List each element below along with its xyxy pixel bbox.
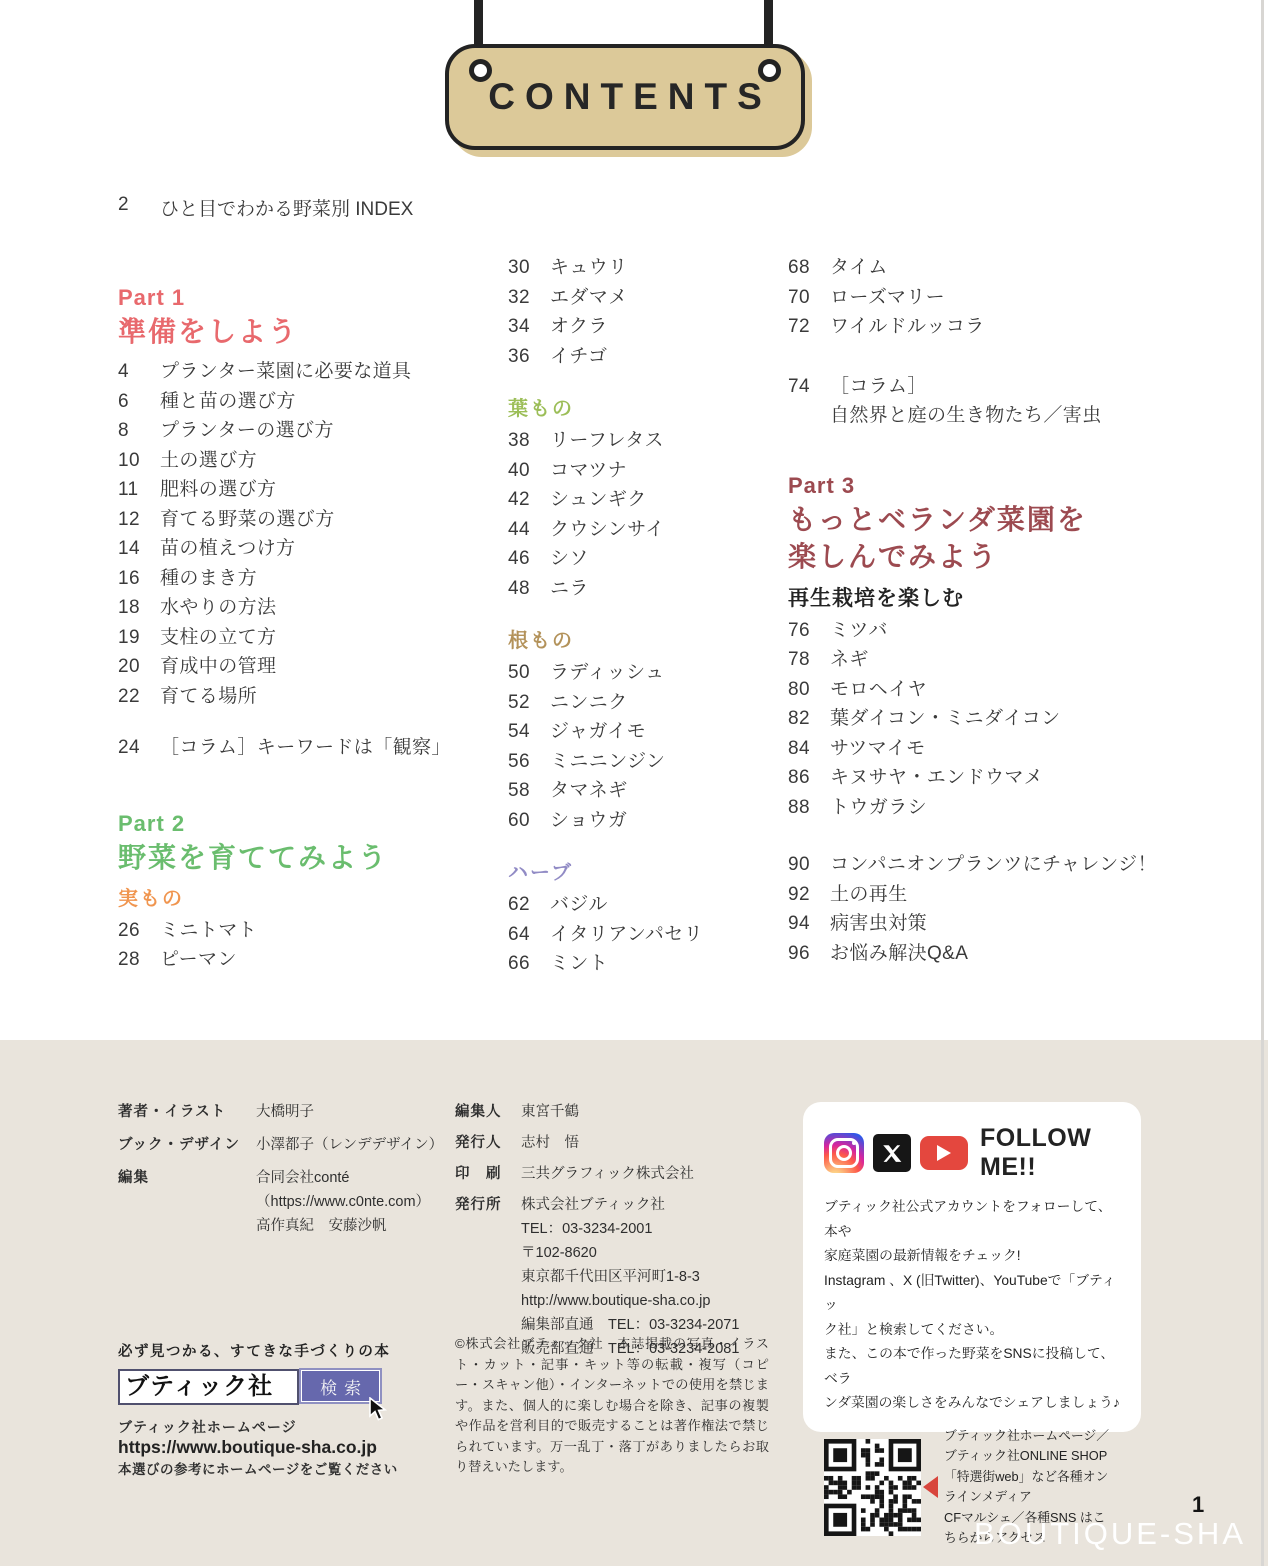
toc-entry-label: シュンギク: [550, 485, 800, 515]
toc-entry: 32エダマメ: [508, 283, 800, 313]
toc-page-number: 42: [508, 485, 550, 515]
toc-page-number: 12: [118, 505, 160, 535]
toc-entry: 68タイム: [788, 253, 1180, 283]
toc-entry: 60ショウガ: [508, 806, 800, 836]
homepage-url: https://www.boutique-sha.co.jp: [118, 1437, 398, 1458]
spacer: [788, 342, 1180, 372]
toc-entry: 19支柱の立て方: [118, 623, 492, 653]
toc-page-number: 10: [118, 446, 160, 476]
follow-card: FOLLOW ME!! ブティック社公式アカウントをフォローして、本や 家庭菜園…: [803, 1102, 1141, 1432]
colophon-row-line: 高作真紀 安藤沙帆: [256, 1214, 443, 1238]
toc-entry-label: プランター菜園に必要な道具: [160, 357, 492, 387]
colophon-row-line: 〒102-8620: [521, 1241, 739, 1265]
toc-entry: 64イタリアンパセリ: [508, 920, 800, 950]
toc-entry: 96お悩み解決Q&A: [788, 939, 1180, 969]
toc-entry: 36イチゴ: [508, 342, 800, 372]
toc-page-number: 82: [788, 704, 830, 734]
toc-entry: 40コマツナ: [508, 456, 800, 486]
colophon-row-label: ブック・デザイン: [118, 1133, 256, 1157]
toc-page-number: 6: [118, 387, 160, 417]
toc-page-number: 70: [788, 283, 830, 313]
colophon-row-line: 東京都千代田区平河町1-8-3: [521, 1265, 739, 1289]
toc-entry-label: クウシンサイ: [550, 515, 800, 545]
youtube-icon: [920, 1136, 968, 1170]
toc-entry: 54ジャガイモ: [508, 717, 800, 747]
toc-page-number: 8: [118, 416, 160, 446]
toc-entry-label: 苗の植えつけ方: [160, 534, 492, 564]
toc-page-number: 90: [788, 850, 830, 880]
toc-entry: 48ニラ: [508, 574, 800, 604]
colophon-row-line: 大橋明子: [256, 1100, 443, 1124]
page-number: 1: [1192, 1492, 1204, 1518]
toc-page-number: 50: [508, 658, 550, 688]
toc-entry-label: タイム: [830, 253, 1180, 283]
spacer: [508, 371, 800, 393]
sign-grommet-right-icon: [758, 59, 781, 82]
colophon-row-value: 東宮千鶴: [521, 1100, 739, 1124]
search-input-mock: ブティック社: [118, 1369, 299, 1405]
publisher-block: 編集人東宮千鶴発行人志村 悟印 刷三共グラフィック株式会社発行所株式会社ブティッ…: [455, 1100, 739, 1368]
toc-page-number: 86: [788, 763, 830, 793]
colophon-footer: 著者・イラスト大橋明子ブック・デザイン小澤都子（レンデデザイン）編集合同会社co…: [0, 1040, 1268, 1566]
category-label: 根もの: [508, 625, 800, 658]
toc-entry: 70ローズマリー: [788, 283, 1180, 313]
play-icon: [937, 1145, 951, 1161]
colophon-row-value: 三共グラフィック株式会社: [521, 1162, 739, 1186]
toc-page-number: 80: [788, 675, 830, 705]
colophon-row-label: 発行人: [455, 1131, 521, 1155]
toc-page-number: 48: [508, 574, 550, 604]
toc-entry-label: 支柱の立て方: [160, 623, 492, 653]
colophon-row: ブック・デザイン小澤都子（レンデデザイン）: [118, 1133, 443, 1157]
colophon-row-line: 三共グラフィック株式会社: [521, 1162, 739, 1186]
toc-entry: 46シソ: [508, 544, 800, 574]
part-heading: Part 1準備をしよう: [118, 283, 492, 350]
toc-page-number: 34: [508, 312, 550, 342]
toc-entry: 92土の再生: [788, 880, 1180, 910]
toc-page-number: 74: [788, 372, 830, 431]
colophon-row-value: 小澤都子（レンデデザイン）: [256, 1133, 443, 1157]
toc-entry-label: ［コラム］キーワードは「観察」: [160, 733, 492, 763]
toc-entry-label: 水やりの方法: [160, 593, 492, 623]
toc-entry-label: ピーマン: [160, 945, 492, 975]
toc-entry: 22育てる場所: [118, 682, 492, 712]
colophon-row-line: TEL：03-3234-2001: [521, 1217, 739, 1241]
part-title: 準備をしよう: [118, 313, 492, 350]
toc-entry: 12育てる野菜の選び方: [118, 505, 492, 535]
toc-page-number: 44: [508, 515, 550, 545]
homepage-note: 本選びの参考にホームページをご覧ください: [118, 1458, 398, 1478]
toc-entry-label: シソ: [550, 544, 800, 574]
toc-entry: 94病害虫対策: [788, 909, 1180, 939]
toc-entry-label: プランターの選び方: [160, 416, 492, 446]
toc-entry: 50ラディッシュ: [508, 658, 800, 688]
toc-column-1: Part 1準備をしよう4プランター菜園に必要な道具6種と苗の選び方8プランター…: [118, 283, 492, 975]
part-title: 楽しんでみよう: [788, 538, 1180, 575]
instagram-icon: [824, 1133, 864, 1173]
toc-entry: 34オクラ: [508, 312, 800, 342]
toc-entry-index: 2 ひと目でわかる野菜別 INDEX: [118, 194, 413, 221]
toc-entry-label: ニラ: [550, 574, 800, 604]
toc-page-number: 68: [788, 253, 830, 283]
toc-entry: 84サツマイモ: [788, 734, 1180, 764]
toc-entry: 66ミント: [508, 949, 800, 979]
part-kicker: Part 3: [788, 471, 1180, 501]
contents-page: CONTENTS 2 ひと目でわかる野菜別 INDEX Part 1準備をしよう…: [0, 0, 1268, 1566]
toc-entry: 8プランターの選び方: [118, 416, 492, 446]
part-title: 野菜を育ててみよう: [118, 839, 492, 876]
colophon-row: 編集合同会社conté（https://www.c0nte.com）高作真紀 安…: [118, 1166, 443, 1238]
toc-entry-label: お悩み解決Q&A: [830, 939, 1180, 969]
part-heading: Part 3もっとベランダ菜園を楽しんでみよう: [788, 471, 1180, 575]
spacer: [788, 822, 1180, 850]
toc-entry-label: バジル: [550, 890, 800, 920]
toc-entry: 18水やりの方法: [118, 593, 492, 623]
toc-entry-label: 肥料の選び方: [160, 475, 492, 505]
colophon-row: 編集人東宮千鶴: [455, 1100, 739, 1124]
toc-entry: 10土の選び方: [118, 446, 492, 476]
toc-page-number: 54: [508, 717, 550, 747]
toc-entry: 20育成中の管理: [118, 652, 492, 682]
toc-page-number: 28: [118, 945, 160, 975]
part-kicker: Part 1: [118, 283, 492, 313]
toc-entry-label: ネギ: [830, 645, 1180, 675]
toc-page-number: 22: [118, 682, 160, 712]
toc-page-number: 62: [508, 890, 550, 920]
homepage-label: ブティック社ホームページ: [118, 1417, 398, 1437]
toc-entry: 16種のまき方: [118, 564, 492, 594]
toc-page-number: 64: [508, 920, 550, 950]
spacer: [508, 835, 800, 857]
search-tagline: 必ず見つかる、すてきな手づくりの本: [118, 1340, 398, 1361]
toc-entry: 62バジル: [508, 890, 800, 920]
follow-text: ブティック社公式アカウントをフォローして、本や 家庭菜園の最新情報をチェック! …: [824, 1195, 1120, 1416]
colophon-row-line: 東宮千鶴: [521, 1100, 739, 1124]
toc-entry-label: 種のまき方: [160, 564, 492, 594]
colophon-row-value: 志村 悟: [521, 1131, 739, 1155]
colophon-row-line: http://www.boutique-sha.co.jp: [521, 1289, 739, 1313]
toc-page-number: 52: [508, 688, 550, 718]
toc-entry-label: ミント: [550, 949, 800, 979]
toc-page-number: 60: [508, 806, 550, 836]
colophon-row-line: （https://www.c0nte.com）: [256, 1190, 443, 1214]
category-label: ハーブ: [508, 857, 800, 890]
toc-entry-label: 育てる場所: [160, 682, 492, 712]
toc-entry-label: 土の再生: [830, 880, 1180, 910]
follow-header: FOLLOW ME!!: [824, 1124, 1120, 1182]
part-title: もっとベランダ菜園を: [788, 501, 1180, 538]
toc-entry: 4プランター菜園に必要な道具: [118, 357, 492, 387]
toc-page-number: 4: [118, 357, 160, 387]
cursor-icon: [368, 1397, 390, 1421]
toc-page-number: 14: [118, 534, 160, 564]
x-icon: [873, 1134, 911, 1172]
colophon-row-label: 編集人: [455, 1100, 521, 1124]
toc-page-number: 36: [508, 342, 550, 372]
colophon-row-value: 大橋明子: [256, 1100, 443, 1124]
toc-entry: 52ニンニク: [508, 688, 800, 718]
colophon-row-line: 合同会社conté: [256, 1166, 443, 1190]
toc-entry-label: キュウリ: [550, 253, 800, 283]
toc-entry-label: オクラ: [550, 312, 800, 342]
part-heading: Part 2野菜を育ててみよう: [118, 809, 492, 876]
toc-entry-label: モロヘイヤ: [830, 675, 1180, 705]
toc-entry: 86キヌサヤ・エンドウマメ: [788, 763, 1180, 793]
toc-page-number: 66: [508, 949, 550, 979]
colophon-row: 発行人志村 悟: [455, 1131, 739, 1155]
colophon-row-line: 志村 悟: [521, 1131, 739, 1155]
toc-page-number: 16: [118, 564, 160, 594]
spacer: [508, 603, 800, 625]
colophon-row: 印 刷三共グラフィック株式会社: [455, 1162, 739, 1186]
qr-code: [824, 1439, 921, 1536]
toc-entry-label: キヌサヤ・エンドウマメ: [830, 763, 1180, 793]
toc-entry-label: ニンニク: [550, 688, 800, 718]
toc-entry: 56ミニニンジン: [508, 747, 800, 777]
toc-entry-label: 育成中の管理: [160, 652, 492, 682]
toc-page-number: 24: [118, 733, 160, 763]
sign-grommet-left-icon: [469, 59, 492, 82]
toc-entry: 24［コラム］キーワードは「観察」: [118, 733, 492, 763]
toc-entry: 26ミニトマト: [118, 916, 492, 946]
toc-entry: 74［コラム］自然界と庭の生き物たち／害虫: [788, 372, 1180, 431]
toc-entry-label: リーフレタス: [550, 426, 800, 456]
toc-entry-label: 葉ダイコン・ミニダイコン: [830, 704, 1180, 734]
page-title: CONTENTS: [449, 48, 801, 146]
toc-entry: 30キュウリ: [508, 253, 800, 283]
copyright-notice: ©株式会社ブティック社 本誌掲載の写真・イラスト・カット・記事・キット等の転載・…: [455, 1334, 769, 1478]
toc-entry: 44クウシンサイ: [508, 515, 800, 545]
toc-entry-label: トウガラシ: [830, 793, 1180, 823]
toc-entry: 14苗の植えつけ方: [118, 534, 492, 564]
toc-page-number: 92: [788, 880, 830, 910]
toc-page-number: 56: [508, 747, 550, 777]
toc-entry: 6種と苗の選び方: [118, 387, 492, 417]
category-label: 葉もの: [508, 393, 800, 426]
page-edge: [1261, 0, 1264, 1566]
contents-sign: CONTENTS: [445, 44, 805, 150]
spacer: [118, 763, 492, 809]
toc-entry-label: ワイルドルッコラ: [830, 312, 1180, 342]
toc-page-number: 2: [118, 194, 160, 221]
toc-entry-label: コマツナ: [550, 456, 800, 486]
toc-entry-label: ［コラム］自然界と庭の生き物たち／害虫: [830, 372, 1180, 431]
toc-page-number: 78: [788, 645, 830, 675]
search-box-illustration: ブティック社 検索: [118, 1369, 380, 1405]
toc-page-number: 30: [508, 253, 550, 283]
toc-entry-label: ミニニンジン: [550, 747, 800, 777]
colophon-row-label: 著者・イラスト: [118, 1100, 256, 1124]
toc-entry-label: 病害虫対策: [830, 909, 1180, 939]
toc-entry: 28ピーマン: [118, 945, 492, 975]
toc-entry: 88トウガラシ: [788, 793, 1180, 823]
toc-page-number: 20: [118, 652, 160, 682]
subsection-label: 再生栽培を楽しむ: [788, 582, 1180, 616]
follow-title: FOLLOW ME!!: [980, 1124, 1120, 1182]
toc-page-number: 58: [508, 776, 550, 806]
toc-entry-label: ローズマリー: [830, 283, 1180, 313]
toc-entry: 58タマネギ: [508, 776, 800, 806]
toc-entry-label: ラディッシュ: [550, 658, 800, 688]
toc-entry: 78ネギ: [788, 645, 1180, 675]
toc-entry: 90コンパニオンプランツにチャレンジ！: [788, 850, 1180, 880]
colophon-row-line: 株式会社ブティック社: [521, 1193, 739, 1217]
toc-entry-label: ミニトマト: [160, 916, 492, 946]
toc-entry-label: ミツバ: [830, 616, 1180, 646]
toc-entry-label: ひと目でわかる野菜別 INDEX: [160, 194, 413, 221]
toc-page-number: 88: [788, 793, 830, 823]
toc-entry-label: サツマイモ: [830, 734, 1180, 764]
search-promo: 必ず見つかる、すてきな手づくりの本 ブティック社 検索 ブティック社ホームページ…: [118, 1340, 398, 1478]
toc-entry-label: ショウガ: [550, 806, 800, 836]
toc-page-number: 84: [788, 734, 830, 764]
toc-entry: 80モロヘイヤ: [788, 675, 1180, 705]
spacer: [118, 711, 492, 733]
part-kicker: Part 2: [118, 809, 492, 839]
toc-page-number: 32: [508, 283, 550, 313]
toc-entry-label: タマネギ: [550, 776, 800, 806]
toc-entry-label-line2: 自然界と庭の生き物たち／害虫: [830, 401, 1180, 431]
toc-entry-label: 育てる野菜の選び方: [160, 505, 492, 535]
toc-page-number: 40: [508, 456, 550, 486]
toc-entry: 72ワイルドルッコラ: [788, 312, 1180, 342]
toc-page-number: 94: [788, 909, 830, 939]
toc-page-number: 96: [788, 939, 830, 969]
colophon-row-label: 印 刷: [455, 1162, 521, 1186]
colophon-row-value: 合同会社conté（https://www.c0nte.com）高作真紀 安藤沙…: [256, 1166, 443, 1238]
toc-entry: 38リーフレタス: [508, 426, 800, 456]
toc-page-number: 18: [118, 593, 160, 623]
spacer: [788, 431, 1180, 471]
left-pointer-icon: [923, 1476, 938, 1498]
category-label: 実もの: [118, 883, 492, 916]
toc-entry: 82葉ダイコン・ミニダイコン: [788, 704, 1180, 734]
toc-entry-label: イチゴ: [550, 342, 800, 372]
credits-block: 著者・イラスト大橋明子ブック・デザイン小澤都子（レンデデザイン）編集合同会社co…: [118, 1100, 443, 1247]
toc-page-number: 11: [118, 475, 160, 505]
publisher-logo: BOUTIQUE-SHA: [974, 1516, 1246, 1552]
toc-column-2: 30キュウリ32エダマメ34オクラ36イチゴ葉もの38リーフレタス40コマツナ4…: [508, 253, 800, 979]
toc-page-number: 19: [118, 623, 160, 653]
toc-page-number: 46: [508, 544, 550, 574]
toc-entry-label: コンパニオンプランツにチャレンジ！: [830, 850, 1180, 880]
colophon-row: 著者・イラスト大橋明子: [118, 1100, 443, 1124]
toc-column-3: 68タイム70ローズマリー72ワイルドルッコラ74［コラム］自然界と庭の生き物た…: [788, 253, 1180, 968]
toc-entry-label: ジャガイモ: [550, 717, 800, 747]
colophon-row-line: 小澤都子（レンデデザイン）: [256, 1133, 443, 1157]
toc-entry-label: エダマメ: [550, 283, 800, 313]
toc-page-number: 76: [788, 616, 830, 646]
toc-entry: 42シュンギク: [508, 485, 800, 515]
toc-entry: 11肥料の選び方: [118, 475, 492, 505]
toc-page-number: 72: [788, 312, 830, 342]
colophon-row-label: 編集: [118, 1166, 256, 1238]
toc-entry-label: イタリアンパセリ: [550, 920, 800, 950]
toc-entry: 76ミツバ: [788, 616, 1180, 646]
toc-entry-label: 種と苗の選び方: [160, 387, 492, 417]
toc-page-number: 26: [118, 916, 160, 946]
toc-page-number: 38: [508, 426, 550, 456]
toc-entry-label: 土の選び方: [160, 446, 492, 476]
